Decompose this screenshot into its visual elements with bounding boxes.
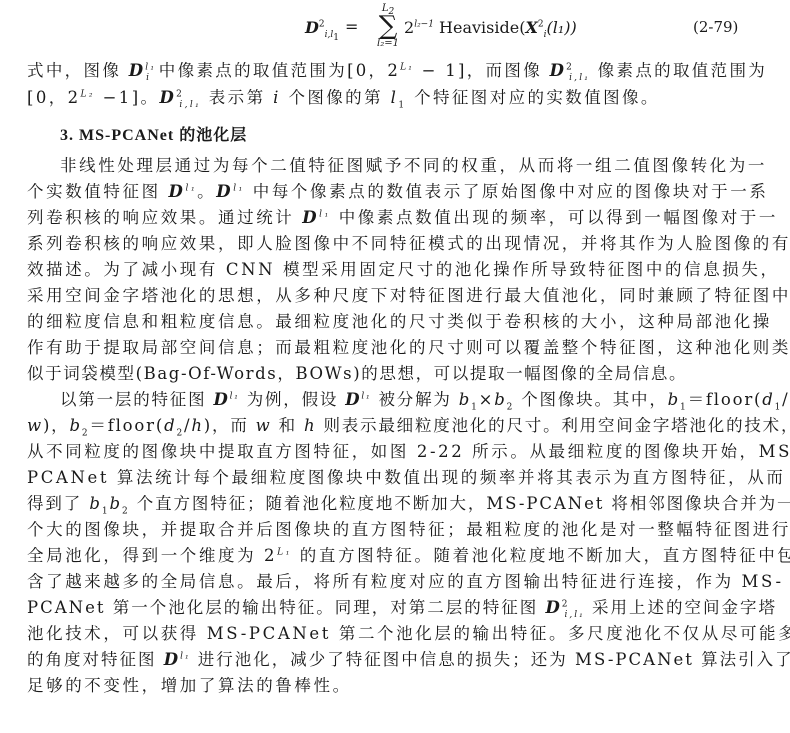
paragraph-2-line-7: 的细粒度信息和粗粒度信息。最细粒度池化的尺寸类似于卷积核的大小，这种局部池化操 xyxy=(27,309,767,334)
paragraph-2-line-9: 似于词袋模型(Bag-Of-Words，BOWs)的思想，可以提取一幅图像的全局… xyxy=(27,361,767,386)
paragraph-3-line-8: 含了越来越多的全局信息。最后，将所有粒度对应的直方图输出特征进行连接，作为 MS… xyxy=(27,569,767,594)
summation: L2 ∑ l₂=1 xyxy=(373,4,403,50)
paragraph-3-line-4: PCANet 算法统计每个最细粒度图像块中数值出现的频率并将其表示为直方图特征，… xyxy=(27,465,767,490)
paragraph-3-line-7: 全局池化，得到一个维度为 2L₁ 的直方图特征。随着池化粒度地不断加大，直方图特… xyxy=(27,543,767,568)
paragraph-1-line-2: [0，2L₂ −1]。D2i,l₁ 表示第 i 个图像的第 l1 个特征图对应的… xyxy=(27,85,767,110)
paragraph-3-line-9: PCANet 第一个池化层的输出特征。同理，对第二层的特征图 D2i,l₁ 采用… xyxy=(27,595,767,620)
paragraph-2-line-8: 作有助于提取局部空间信息；而最粗粒度池化的尺寸则可以覆盖整个特征图，这种池化则类 xyxy=(27,335,767,360)
paragraph-3-line-6: 个大的图像块，并提取合并后图像块的直方图特征；最粗粒度的池化是对一整幅特征图进行 xyxy=(27,517,767,542)
paragraph-2-line-1: 非线性处理层通过为每个二值特征图赋予不同的权重，从而将一组二值图像转化为一 xyxy=(60,153,767,178)
paragraph-3-line-1: 以第一层的特征图 Dl₁ 为例，假设 Dl₁ 被分解为 b1×b2 个图像块。其… xyxy=(60,387,767,412)
equation-lhs: D2i,l1 xyxy=(305,18,339,38)
paragraph-3-line-5: 得到了 b1b2 个直方图特征；随着池化粒度地不断加大，MS-PCANet 将相… xyxy=(27,491,767,516)
equals-sign: = xyxy=(345,17,358,36)
paragraph-3-line-2: w)，b2＝floor(d2/h)，而 w 和 h 则表示最细粒度池化的尺寸。利… xyxy=(27,413,767,438)
paragraph-3-line-10: 池化技术，可以获得 MS-PCANet 第二个池化层的输出特征。多尺度池化不仅从… xyxy=(27,621,767,646)
paragraph-2-line-5: 效描述。为了减小现有 CNN 模型采用固定尺寸的池化操作所导致特征图中的信息损失… xyxy=(27,257,767,282)
paragraph-1-line-1: 式中，图像 Dl₁i 中像素点的取值范围为[0，2L₁ − 1]，而图像 D2i… xyxy=(27,58,767,83)
paragraph-3-line-3: 从不同粒度的图像块中提取直方图特征，如图 2-22 所示。从最细粒度的图像块开始… xyxy=(27,439,767,464)
paragraph-2-line-3: 列卷积核的响应效果。通过统计 Dl₁ 中像素点数值出现的频率，可以得到一幅图像对… xyxy=(27,205,767,230)
document-page: D2i,l1 = L2 ∑ l₂=1 2l₂−1 Heaviside(X2i(l… xyxy=(0,0,790,733)
section-heading: 3. MS-PCANet 的池化层 xyxy=(60,125,247,147)
equation-number: (2-79) xyxy=(693,18,738,36)
paragraph-3-line-11: 的角度对特征图 Dl₁ 进行池化，减少了特征图中信息的损失；还为 MS-PCAN… xyxy=(27,647,767,672)
paragraph-2-line-6: 采用空间金字塔池化的思想，从多种尺度下对特征图进行最大值池化，同时兼顾了特征图中 xyxy=(27,283,767,308)
paragraph-2-line-4: 系列卷积核的响应效果，即人脸图像中不同特征模式的出现情况，并将其作为人脸图像的有 xyxy=(27,231,767,256)
equation-rhs: 2l₂−1 Heaviside(X2i(l₁)) xyxy=(404,18,577,37)
paragraph-2-line-2: 个实数值特征图 Dl₁。Dl₁ 中每个像素点的数值表示了原始图像中对应的图像块对… xyxy=(27,179,767,204)
sigma-symbol: ∑ xyxy=(373,14,403,38)
paragraph-3-line-12: 足够的不变性，增加了算法的鲁棒性。 xyxy=(27,673,767,698)
equation-2-79: D2i,l1 = L2 ∑ l₂=1 2l₂−1 Heaviside(X2i(l… xyxy=(0,0,790,52)
